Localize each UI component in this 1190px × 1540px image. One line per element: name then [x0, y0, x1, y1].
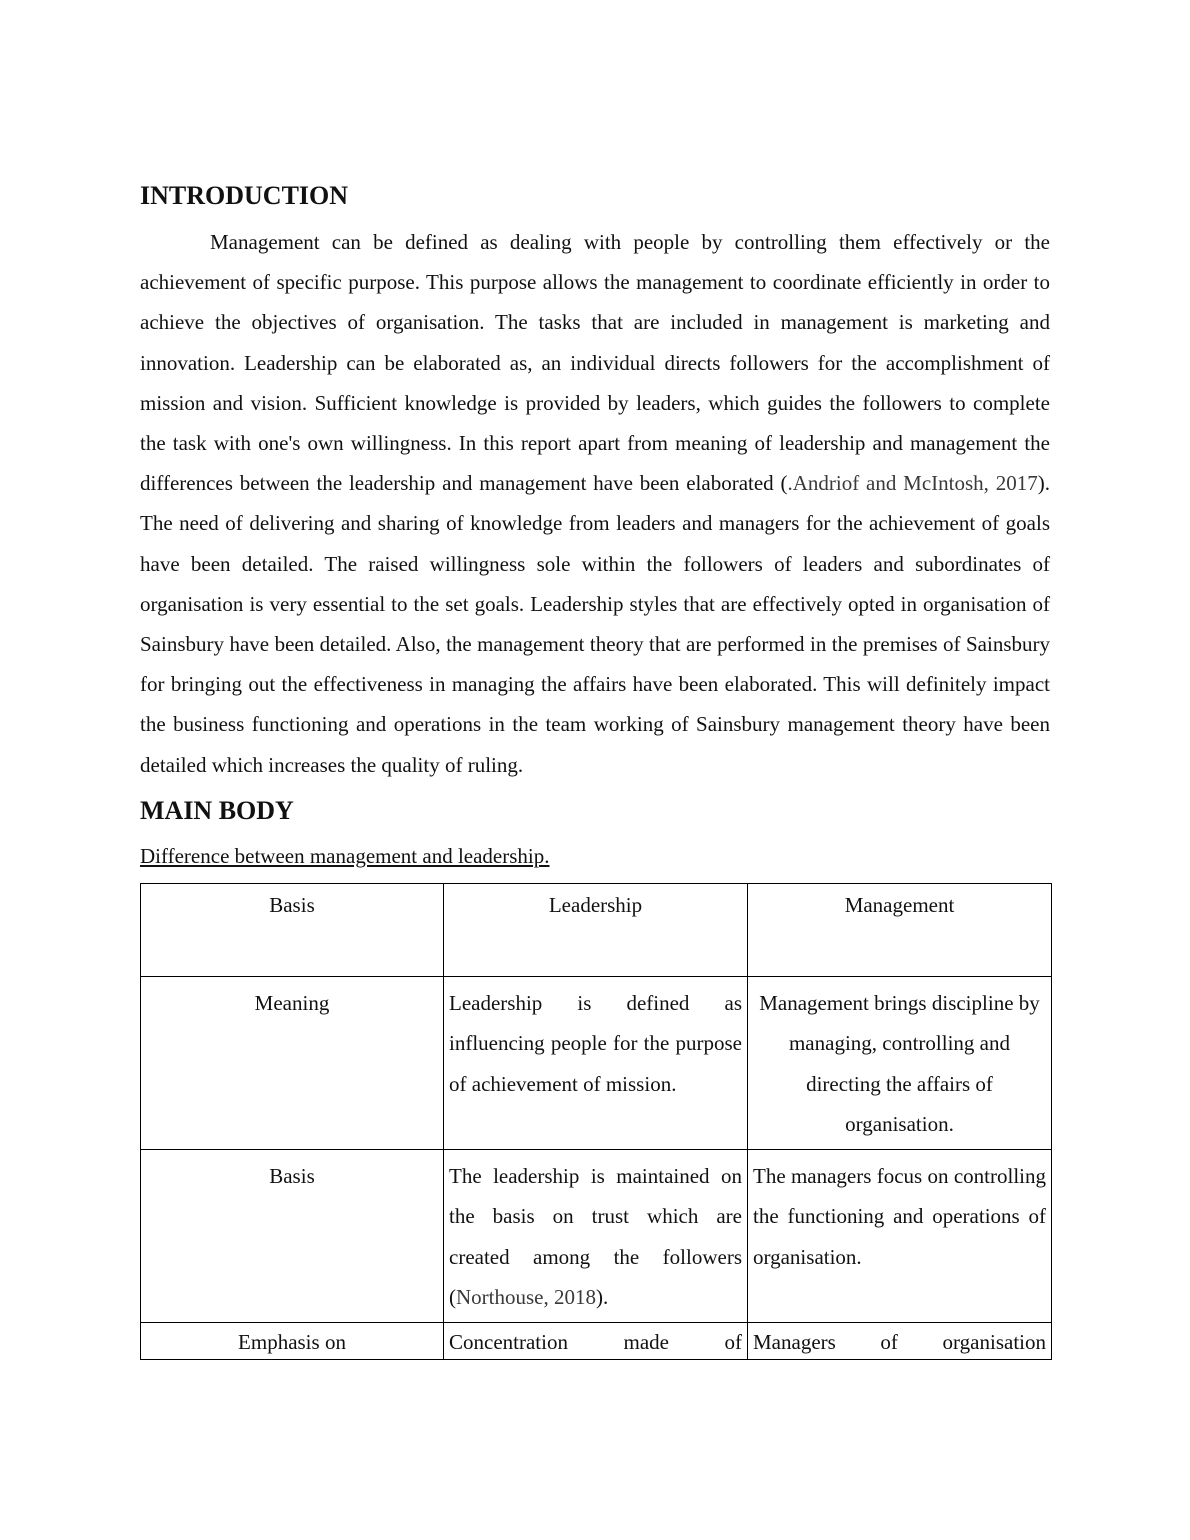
table-row: Emphasis on Concentration made of Manage…: [141, 1322, 1052, 1359]
header-management: Management: [748, 883, 1052, 976]
cell-basis: Meaning: [141, 976, 444, 1149]
cell-leadership: The leadership is maintained on the basi…: [444, 1149, 748, 1322]
cell-management: Management brings discipline by managing…: [748, 976, 1052, 1149]
table-header-row: Basis Leadership Management: [141, 883, 1052, 976]
citation-andriof-mcintosh: .Andriof and McIntosh, 2017: [787, 471, 1037, 495]
header-basis: Basis: [141, 883, 444, 976]
cell-leadership: Leadership is defined as influencing peo…: [444, 976, 748, 1149]
cell-basis: Emphasis on: [141, 1322, 444, 1359]
header-leadership: Leadership: [444, 883, 748, 976]
intro-text-part-2: ). The need of delivering and sharing of…: [140, 471, 1050, 776]
table-row: Meaning Leadership is defined as influen…: [141, 976, 1052, 1149]
introduction-paragraph: Management can be defined as dealing wit…: [140, 222, 1050, 785]
cell-management: Managers of organisation: [748, 1322, 1052, 1359]
table-row: Basis The leadership is maintained on th…: [141, 1149, 1052, 1322]
document-page: INTRODUCTION Management can be defined a…: [140, 178, 1050, 1360]
main-body-heading: MAIN BODY: [140, 793, 1050, 829]
cell-management: The managers focus on controlling the fu…: [748, 1149, 1052, 1322]
cell-basis: Basis: [141, 1149, 444, 1322]
citation-northouse: Northouse, 2018: [456, 1285, 596, 1309]
intro-text-part-1: Management can be defined as dealing wit…: [140, 230, 1050, 495]
comparison-table: Basis Leadership Management Meaning Lead…: [140, 883, 1052, 1360]
cell-leadership: Concentration made of: [444, 1322, 748, 1359]
cell-text: ).: [596, 1285, 608, 1309]
introduction-heading: INTRODUCTION: [140, 178, 1050, 214]
table-caption: Difference between management and leader…: [140, 841, 1050, 871]
